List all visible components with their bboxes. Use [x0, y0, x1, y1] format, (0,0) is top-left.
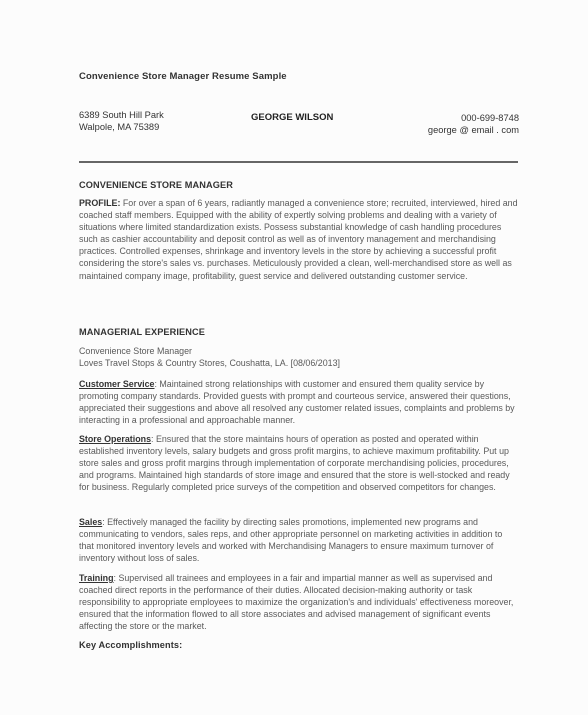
- candidate-name: GEORGE WILSON: [251, 112, 333, 123]
- item-text: : Supervised all trainees and employees …: [79, 573, 513, 631]
- profile-label: PROFILE:: [79, 198, 120, 208]
- experience-item-customer-service: Customer Service: Maintained strong rela…: [79, 378, 519, 426]
- profile-paragraph: PROFILE: For over a span of 6 years, rad…: [79, 197, 519, 282]
- header-divider: [79, 161, 518, 163]
- experience-item-store-operations: Store Operations: Ensured that the store…: [79, 433, 519, 493]
- item-label: Store Operations: [79, 434, 151, 444]
- item-label: Training: [79, 573, 114, 583]
- key-accomplishments-heading: Key Accomplishments:: [79, 640, 182, 650]
- address-block: 6389 South Hill Park Walpole, MA 75389: [79, 110, 164, 133]
- item-text: : Effectively managed the facility by di…: [79, 517, 502, 563]
- profile-heading: CONVENIENCE STORE MANAGER: [79, 180, 233, 190]
- experience-item-sales: Sales: Effectively managed the facility …: [79, 516, 519, 564]
- item-label: Sales: [79, 517, 102, 527]
- address-line-1: 6389 South Hill Park: [79, 110, 164, 122]
- employer-line: Loves Travel Stops & Country Stores, Cou…: [79, 357, 340, 369]
- experience-item-training: Training: Supervised all trainees and em…: [79, 572, 519, 632]
- job-title: Convenience Store Manager: [79, 345, 192, 357]
- profile-text: For over a span of 6 years, radiantly ma…: [79, 198, 518, 281]
- experience-heading: MANAGERIAL EXPERIENCE: [79, 327, 205, 337]
- phone-number: 000-699-8748: [428, 112, 519, 124]
- contact-block: 000-699-8748 george @ email . com: [428, 112, 519, 136]
- item-label: Customer Service: [79, 379, 154, 389]
- email-address: george @ email . com: [428, 124, 519, 136]
- address-line-2: Walpole, MA 75389: [79, 122, 164, 134]
- document-title: Convenience Store Manager Resume Sample: [79, 71, 287, 82]
